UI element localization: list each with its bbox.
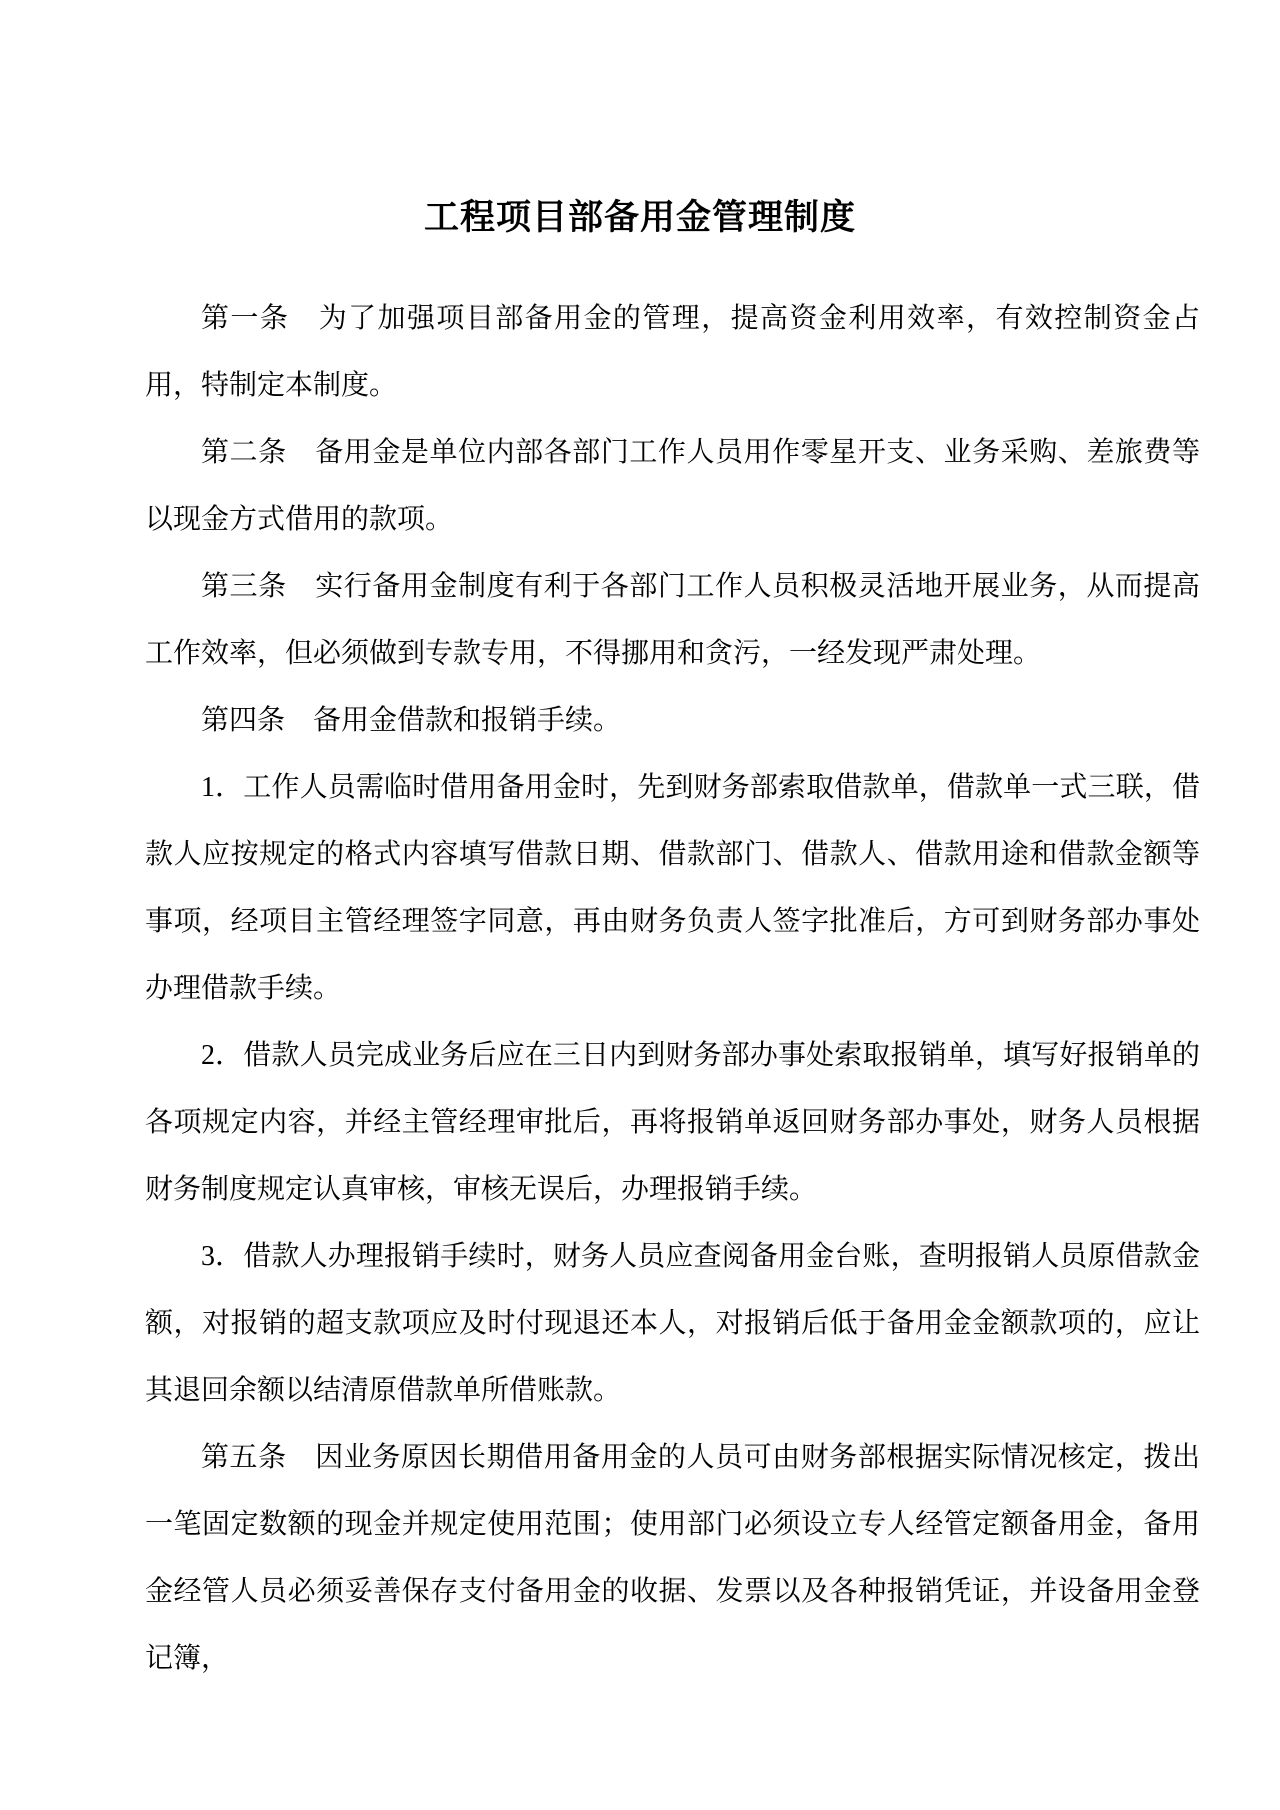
paragraph: 第三条 实行备用金制度有利于各部门工作人员积极灵活地开展业务，从而提高工作效率，… (145, 553, 1200, 687)
paragraph: 第五条 因业务原因长期借用备用金的人员可由财务部根据实际情况核定，拨出一笔固定数… (145, 1424, 1200, 1692)
paragraph: 2．借款人员完成业务后应在三日内到财务部办事处索取报销单，填写好报销单的各项规定… (145, 1022, 1200, 1223)
paragraph: 第二条 备用金是单位内部各部门工作人员用作零星开支、业务采购、差旅费等以现金方式… (145, 419, 1200, 553)
document-page: 工程项目部备用金管理制度 第一条 为了加强项目部备用金的管理，提高资金利用效率，… (0, 0, 1280, 1810)
paragraph: 第四条 备用金借款和报销手续。 (145, 687, 1200, 754)
document-body: 第一条 为了加强项目部备用金的管理，提高资金利用效率，有效控制资金占用，特制定本… (145, 285, 1200, 1692)
paragraph: 3．借款人办理报销手续时，财务人员应查阅备用金台账，查明报销人员原借款金额，对报… (145, 1223, 1200, 1424)
document-title: 工程项目部备用金管理制度 (0, 0, 1280, 237)
paragraph: 1．工作人员需临时借用备用金时，先到财务部索取借款单，借款单一式三联，借款人应按… (145, 754, 1200, 1022)
paragraph: 第一条 为了加强项目部备用金的管理，提高资金利用效率，有效控制资金占用，特制定本… (145, 285, 1200, 419)
